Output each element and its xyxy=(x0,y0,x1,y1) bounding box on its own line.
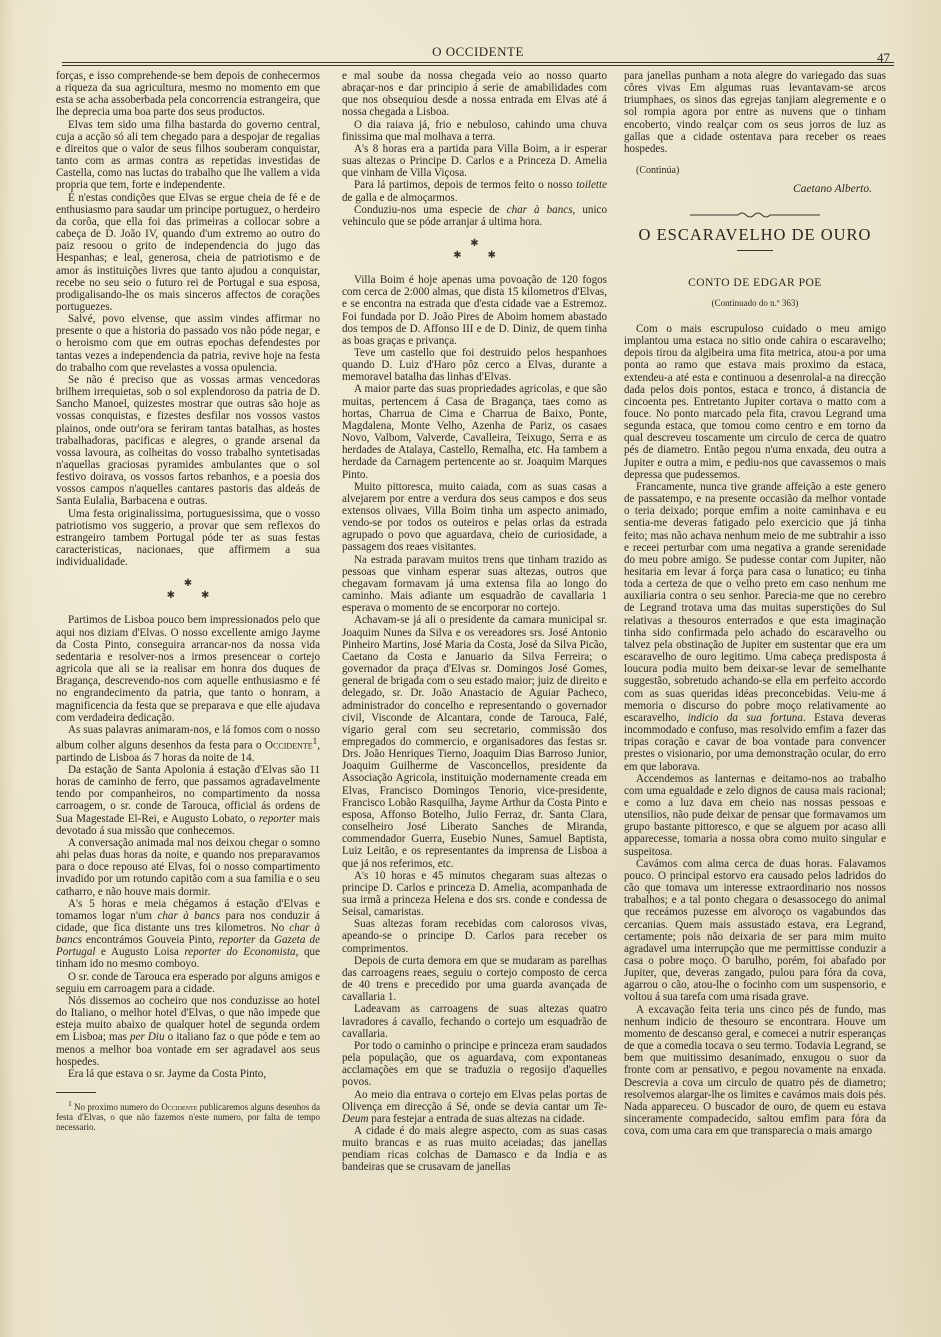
italic-term: per Diu xyxy=(130,1031,165,1043)
paragraph: A's 10 horas e 45 minutos chegaram suas … xyxy=(342,870,607,919)
paragraph: forças, e isso comprehende-se bem depois… xyxy=(56,70,320,119)
paragraph: Depois de curta demora em que se mudaram… xyxy=(342,955,607,1004)
paragraph: Elvas tem sido uma filha bastarda do gov… xyxy=(56,119,320,192)
italic-term: char à bancs xyxy=(507,204,573,216)
text-run: No proximo numero do xyxy=(72,1102,161,1112)
occidente-reference: Occidente xyxy=(265,740,313,752)
paragraph: Muito pittoresca, muito caiada, com as s… xyxy=(342,481,607,554)
paragraph: Partimos de Lisboa pouco bem impressiona… xyxy=(56,614,320,723)
paragraph: Se não é preciso que as vossas armas ven… xyxy=(56,374,320,508)
paragraph: A's 5 horas e meia chégamos á estação d'… xyxy=(56,898,320,971)
title-divider xyxy=(737,250,773,251)
paragraph: Villa Boim é hoje apenas uma povoação de… xyxy=(342,274,607,347)
paragraph: É n'estas condições que Elvas se ergue c… xyxy=(56,192,320,314)
story-subtitle: CONTO DE EDGAR POE xyxy=(624,277,886,289)
column-3: para janellas punham a nota alegre do va… xyxy=(624,70,886,1137)
asterisk-icon: ✱ xyxy=(56,578,320,590)
paragraph: Francamente, nunca tive grande affeição … xyxy=(624,481,886,773)
text-run: para festejar a entrada de suas altezas … xyxy=(369,1113,585,1125)
paragraph: e mal soube da nossa chegada veio ao nos… xyxy=(342,70,607,119)
continued-label: (Continúa) xyxy=(636,165,886,177)
paragraph: Para lá partimos, depois de termos feito… xyxy=(342,179,607,203)
italic-term: indicio da sua fortuna xyxy=(688,712,803,724)
asterisk-pair-icon: ✱✱ xyxy=(56,590,320,602)
text-run: encontrámos Gouveia Pinto, xyxy=(82,934,219,946)
column-1: forças, e isso comprehende-se bem depois… xyxy=(56,70,320,1132)
text-run: Ao meio dia entrava o cortejo em Elvas p… xyxy=(342,1089,607,1113)
paragraph: A's 8 horas era a partida para Villa Boi… xyxy=(342,143,607,179)
text-run: Para lá partimos, depois de termos feito… xyxy=(354,179,576,191)
paragraph: O sr. conde de Tarouca era esperado por … xyxy=(56,971,320,995)
paragraph: Ao meio dia entrava o cortejo em Elvas p… xyxy=(342,1089,607,1125)
paragraph: Da estação de Santa Apolonia á estação d… xyxy=(56,764,320,837)
italic-term: reporter xyxy=(219,934,256,946)
paragraph: Conduziu-nos uma especie de char à bancs… xyxy=(342,204,607,228)
paragraph: Achavam-se já ali o presidente da camara… xyxy=(342,614,607,869)
story-title: O ESCARAVELHO DE OURO xyxy=(624,229,886,241)
asterism-separator: ✱ ✱✱ xyxy=(342,238,607,262)
asterisk-icon: ✱ xyxy=(342,238,607,250)
italic-term: char à bancs xyxy=(157,910,220,922)
newspaper-page: O OCCIDENTE 47 forças, e isso comprehend… xyxy=(0,0,941,1337)
ornamental-divider-icon xyxy=(624,211,886,219)
footnote-divider xyxy=(56,1092,96,1093)
footnote: 1 No proximo numero do Occidente publica… xyxy=(56,1099,320,1132)
occidente-reference: Occidente xyxy=(161,1102,197,1112)
italic-term: reporter xyxy=(259,813,296,825)
paragraph: A cidade é do mais alegre aspecto, com a… xyxy=(342,1125,607,1174)
paragraph: Nós dissemos ao cocheiro que nos conduzi… xyxy=(56,995,320,1068)
italic-term: reporter do Economista xyxy=(184,946,295,958)
paragraph: Ladeavam as carroagens de suas altezas q… xyxy=(342,1003,607,1039)
column-2: e mal soube da nossa chegada veio ao nos… xyxy=(342,70,607,1174)
text-run: Francamente, nunca tive grande affeição … xyxy=(624,481,886,724)
publication-title: O OCCIDENTE xyxy=(62,44,894,60)
paragraph: Suas altezas foram recebidas com caloros… xyxy=(342,918,607,954)
paragraph: Com o mais escrupuloso cuidado o meu ami… xyxy=(624,323,886,481)
paragraph: Salvé, povo elvense, que assim vindes af… xyxy=(56,313,320,374)
paragraph: Uma festa originalissima, portuguesissim… xyxy=(56,508,320,569)
paragraph: Teve um castello que foi destruido pelos… xyxy=(342,347,607,383)
continued-from-note: (Continuado do n.º 363) xyxy=(624,297,886,309)
author-signature: Caetano Alberto. xyxy=(624,183,872,195)
asterism-separator: ✱ ✱✱ xyxy=(56,578,320,602)
header-rule-thick xyxy=(62,62,894,63)
paragraph: A maior parte das suas propriedades agri… xyxy=(342,383,607,480)
text-run: e Augusto Loisa xyxy=(95,946,184,958)
paragraph: O dia raiava já, frio e nebuloso, cahind… xyxy=(342,119,607,143)
paragraph: Por todo o caminho o principe e princeza… xyxy=(342,1040,607,1089)
paragraph: Cavámos com alma cerca de duas horas. Fa… xyxy=(624,858,886,1004)
text-run: de galla e de almoçarmos. xyxy=(342,192,458,204)
header-rule-thin xyxy=(62,65,894,66)
asterisk-pair-icon: ✱✱ xyxy=(342,250,607,262)
paragraph: Na estrada paravam muitos trens que tinh… xyxy=(342,554,607,615)
paragraph: A conversação animada mal nos deixou che… xyxy=(56,837,320,898)
paragraph: Accendemos as lanternas e deitamo-nos ao… xyxy=(624,773,886,858)
text-run: Conduziu-nos uma especie de xyxy=(354,204,507,216)
paragraph: para janellas punham a nota alegre do va… xyxy=(624,70,886,155)
paragraph: As suas palavras animaram-nos, e lá fomo… xyxy=(56,724,320,764)
italic-term: toilette xyxy=(576,179,607,191)
page-number: 47 xyxy=(877,50,890,66)
paragraph: Era lá que estava o sr. Jayme da Costa P… xyxy=(56,1068,320,1080)
paragraph: A excavação feita teria uns cinco pés de… xyxy=(624,1004,886,1138)
